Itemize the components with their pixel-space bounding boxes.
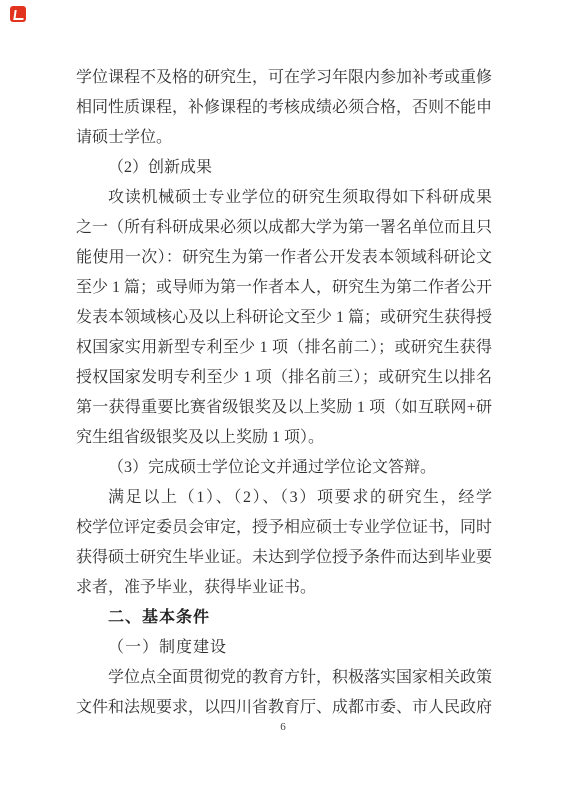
- document-body: 学位课程不及格的研究生，可在学习年限内参加补考或重修 相同性质课程，补修课程的考…: [76, 63, 492, 723]
- paragraph-line: 求者，准予毕业，获得毕业证书。: [76, 573, 492, 603]
- publisher-logo-icon: [10, 6, 26, 22]
- paragraph-line: 究生组省级银奖及以上奖励 1 项）。: [76, 423, 492, 453]
- paragraph-line: 发表本领域核心及以上科研论文至少 1 篇；或研究生获得授: [76, 303, 492, 333]
- paragraph-line: 文件和法规要求，以四川省教育厅、成都市委、市人民政府: [76, 693, 492, 723]
- list-item-heading: （2）创新成果: [76, 153, 492, 183]
- list-item-heading: （3）完成硕士学位论文并通过学位论文答辩。: [76, 453, 492, 483]
- paragraph-line: 相同性质课程，补修课程的考核成绩必须合格，否则不能申: [76, 93, 492, 123]
- paragraph-line: 授权国家发明专利至少 1 项（排名前三）；或研究生以排名: [76, 363, 492, 393]
- subsection-heading: （一）制度建设: [76, 633, 492, 663]
- document-page: 学位课程不及格的研究生，可在学习年限内参加补考或重修 相同性质课程，补修课程的考…: [0, 0, 566, 800]
- paragraph-line: 满足以上（1）、（2）、（3）项要求的研究生，经学: [76, 483, 492, 513]
- paragraph-line: 学位课程不及格的研究生，可在学习年限内参加补考或重修: [76, 63, 492, 93]
- page-number: 6: [0, 721, 566, 733]
- paragraph-line: 权国家实用新型专利至少 1 项（排名前二）；或研究生获得: [76, 333, 492, 363]
- section-heading: 二、基本条件: [76, 603, 492, 633]
- paragraph-line: 学位点全面贯彻党的教育方针，积极落实国家相关政策: [76, 663, 492, 693]
- paragraph-line: 至少 1 篇；或导师为第一作者本人，研究生为第二作者公开: [76, 273, 492, 303]
- paragraph-line: 能使用一次）：研究生为第一作者公开发表本领域科研论文: [76, 243, 492, 273]
- paragraph-line: 第一获得重要比赛省级银奖及以上奖励 1 项（如互联网+研: [76, 393, 492, 423]
- paragraph-line: 校学位评定委员会审定，授予相应硕士专业学位证书，同时: [76, 513, 492, 543]
- paragraph-line: 之一（所有科研成果必须以成都大学为第一署名单位而且只: [76, 213, 492, 243]
- paragraph-line: 攻读机械硕士专业学位的研究生须取得如下科研成果: [76, 183, 492, 213]
- paragraph-line: 获得硕士研究生毕业证。未达到学位授予条件而达到毕业要: [76, 543, 492, 573]
- paragraph-line: 请硕士学位。: [76, 123, 492, 153]
